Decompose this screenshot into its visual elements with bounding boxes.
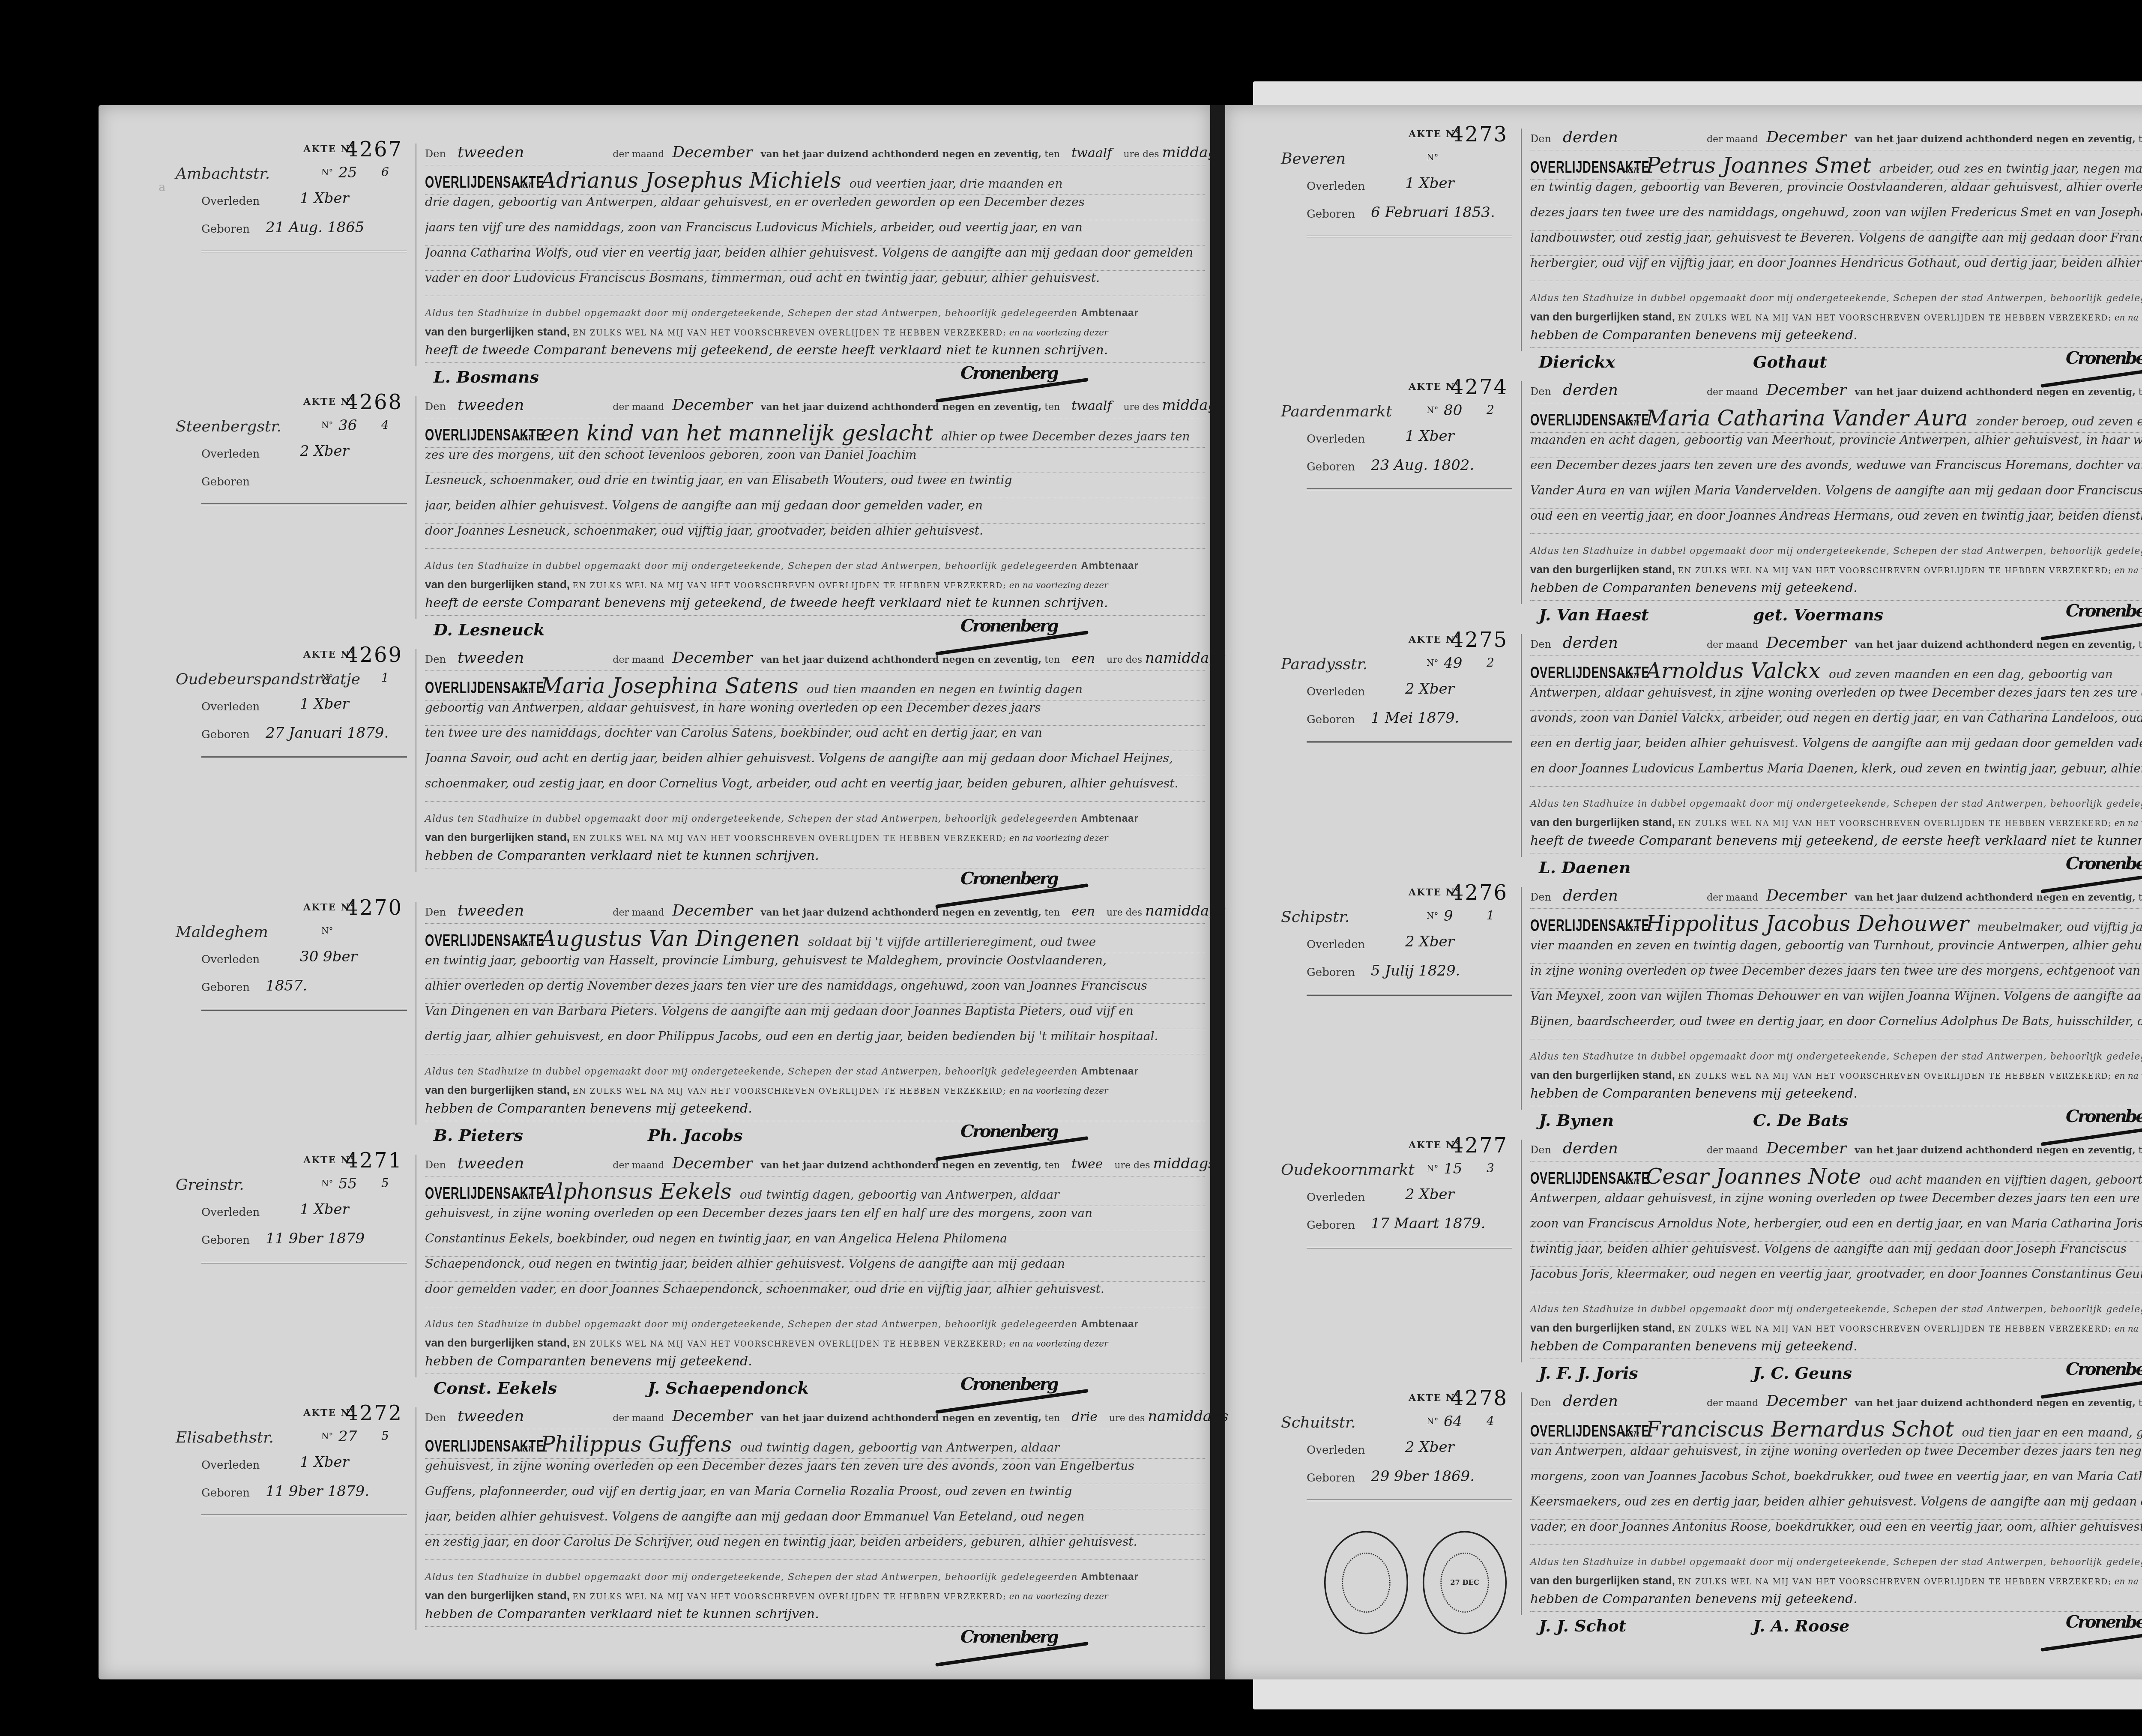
record-margin: AKTE N° 4268 Steenbergstr. N° 36 4 Overl… — [201, 396, 403, 525]
year-phrase: van het jaar duizend achthonderd negen e… — [1855, 386, 2135, 398]
geboren-label: Geboren — [201, 981, 250, 994]
den-label: Den — [425, 1412, 446, 1424]
ten-label: ten — [2139, 387, 2142, 398]
record-title: OVERLIJDENSAKTE — [1530, 1422, 1595, 1441]
body-line: zes ure des morgens, uit den schoot leve… — [425, 448, 1205, 473]
date-line: Den derden der maand December van het ja… — [1530, 634, 2142, 656]
margin-rule — [201, 1262, 407, 1263]
akte-number: 4267 — [345, 138, 403, 162]
signatures: J. J. Schot J. A. Roose Cronenberg — [1530, 1612, 2142, 1646]
date-line: Den derden der maand December van het ja… — [1530, 1392, 2142, 1414]
body-line: Van Dingenen en van Barbara Pieters. Vol… — [425, 1004, 1205, 1029]
geboren-label: Geboren — [201, 728, 250, 741]
death-date: 30 9ber — [300, 948, 357, 965]
month: December — [672, 649, 752, 667]
hour: twaalf — [1071, 146, 1112, 161]
geboren-label: Geboren — [1307, 966, 1355, 979]
body-line: dertig jaar, alhier gehuisvest, en door … — [425, 1029, 1205, 1054]
signatures: J. F. J. Joris J. C. Geuns Cronenberg — [1530, 1359, 2142, 1393]
address: Beveren — [1281, 150, 1346, 168]
voorlezing-text: en na voorlezing dezer — [1009, 580, 1108, 590]
house-number: 36 — [338, 417, 357, 434]
day: tweeden — [458, 902, 524, 919]
closing-statement: hebben de Comparanten benevens mij getee… — [1530, 581, 2142, 601]
day: derden — [1563, 634, 1618, 652]
body-line: oud een en veertig jaar, en door Joannes… — [1530, 509, 2142, 534]
geboren-label: Geboren — [201, 1234, 250, 1247]
body-line: Joanna Savoir, oud acht en dertig jaar, … — [425, 751, 1205, 776]
year-phrase: van het jaar duizend achthonderd negen e… — [761, 907, 1041, 918]
signature-declarant-1: L. Daenen — [1539, 858, 1630, 877]
deceased-name: Adrianus Josephus Michiels — [541, 168, 841, 193]
zulks-text: EN ZULKS WEL NA MIJ VAN HET VOORSCHREVEN… — [1678, 566, 2112, 575]
record-title: OVERLIJDENSAKTE — [425, 932, 490, 950]
age-text: soldaat bij 't vijfde artillerieregiment… — [808, 935, 1096, 949]
record-title: OVERLIJDENSAKTE — [425, 1437, 490, 1456]
closing-statement: heeft de tweede Comparant benevens mij g… — [1530, 833, 2142, 853]
record-body: Den derden der maand December van het ja… — [1521, 887, 2142, 1110]
ten-label: ten — [2139, 892, 2142, 903]
birth-date: 27 Januari 1879. — [266, 724, 389, 742]
body-line: Constantinus Eekels, boekbinder, oud neg… — [425, 1231, 1205, 1257]
signature-official: Cronenberg — [960, 1627, 1057, 1647]
margin-rule — [201, 251, 407, 252]
record-margin: AKTE N° 4270 Maldeghem N° Overleden Gebo… — [201, 902, 403, 1030]
burger-text: van den burgerlijken stand, — [1530, 1321, 1675, 1334]
zulks-text: EN ZULKS WEL NA MIJ VAN HET VOORSCHREVEN… — [572, 834, 1006, 843]
body-line: gehuisvest, in zijne woning overleden op… — [425, 1459, 1205, 1484]
name-line: OVERLIJDENSAKTE van Cesar Joannes Note o… — [1530, 1164, 2142, 1191]
year-phrase: van het jaar duizend achthonderd negen e… — [1855, 1398, 2135, 1409]
month: December — [1766, 1392, 1846, 1410]
zulks-text: EN ZULKS WEL NA MIJ VAN HET VOORSCHREVEN… — [572, 581, 1006, 590]
voorlezing-text: en na voorlezing dezer — [1009, 1338, 1108, 1349]
record-body: Den derden der maand December van het ja… — [1521, 1140, 2142, 1362]
birth-date: 1857. — [266, 977, 307, 994]
date-line: Den derden der maand December van het ja… — [1530, 887, 2142, 909]
body-line: Antwerpen, aldaar gehuisvest, in zijne w… — [1530, 685, 2142, 711]
akte-number: 4271 — [345, 1149, 403, 1173]
burger-text: van den burgerlijken stand, — [425, 831, 570, 844]
signature-official: Cronenberg — [960, 1121, 1057, 1141]
overleden-label: Overleden — [201, 1206, 260, 1219]
margin-rule — [201, 1515, 407, 1516]
closing-statement: hebben de Comparanten benevens mij getee… — [1530, 328, 2142, 348]
deceased-name: Augustus Van Dingenen — [541, 926, 800, 951]
record-body: Den derden der maand December van het ja… — [1521, 381, 2142, 604]
den-label: Den — [425, 906, 446, 918]
margin-rule — [201, 756, 407, 758]
body-line: vier maanden en zeven en twintig dagen, … — [1530, 938, 2142, 964]
der-maand-label: der maand — [1707, 640, 1758, 650]
overleden-label: Overleden — [1307, 1444, 1365, 1457]
date-line: Den derden der maand December van het ja… — [1530, 129, 2142, 150]
burger-text: van den burgerlijken stand, — [1530, 563, 1675, 576]
akte-number: 4269 — [345, 643, 403, 667]
signature-official: Cronenberg — [2066, 853, 2142, 874]
record-title: OVERLIJDENSAKTE — [425, 174, 490, 192]
body-line: in zijne woning overleden op twee Decemb… — [1530, 964, 2142, 989]
section: 5 — [381, 1176, 389, 1190]
house-number: 15 — [1444, 1160, 1462, 1177]
day: tweeden — [458, 144, 524, 161]
burger-text: van den burgerlijken stand, — [425, 578, 570, 591]
burger-line: van den burgerlijken stand, EN ZULKS WEL… — [1530, 563, 2142, 576]
margin-rule — [1307, 741, 1512, 743]
body-line: Joanna Catharina Wolfs, oud vier en veer… — [425, 245, 1205, 271]
closing-statement: hebben de Comparanten benevens mij getee… — [425, 1354, 1205, 1374]
age-text: oud veertien jaar, drie maanden en — [850, 177, 1063, 191]
zulks-text: EN ZULKS WEL NA MIJ VAN HET VOORSCHREVEN… — [1678, 1577, 2112, 1586]
address: Oudekoornmarkt — [1281, 1161, 1415, 1179]
body-lines: Antwerpen, aldaar gehuisvest, in zijne w… — [1530, 685, 2142, 787]
section: 2 — [1487, 655, 1494, 670]
den-label: Den — [425, 401, 446, 413]
der-maand-label: der maand — [1707, 1398, 1758, 1409]
overleden-label: Overleden — [201, 953, 260, 966]
record-title: OVERLIJDENSAKTE — [1530, 664, 1595, 682]
signature-declarant-2: J. Schaependonck — [648, 1378, 809, 1398]
signatures: Dierickx Gothaut Cronenberg — [1530, 348, 2142, 382]
ure-des-label: ure des — [1123, 402, 1159, 413]
birth-date: 1 Mei 1879. — [1371, 709, 1459, 727]
address: Schipstr. — [1281, 908, 1349, 926]
body-line: avonds, zoon van Daniel Valckx, arbeider… — [1530, 711, 2142, 736]
house-number: 80 — [1444, 402, 1462, 419]
margin-rule — [1307, 236, 1512, 237]
name-line: OVERLIJDENSAKTE van Franciscus Bernardus… — [1530, 1417, 2142, 1444]
name-line: OVERLIJDENSAKTE van Alphonsus Eekels oud… — [425, 1179, 1205, 1206]
nr-label: N° — [321, 673, 333, 683]
birth-date: 29 9ber 1869. — [1371, 1468, 1475, 1485]
ten-label: ten — [2139, 640, 2142, 650]
body-lines: drie dagen, geboortig van Antwerpen, ald… — [425, 195, 1205, 296]
death-date: 2 Xber — [1405, 1439, 1454, 1456]
closing-statement: heeft de tweede Comparant benevens mij g… — [425, 343, 1205, 363]
day: derden — [1563, 129, 1618, 146]
akte-number: 4273 — [1451, 123, 1508, 147]
address: Elisabethstr. — [176, 1429, 274, 1446]
address: Ambachtstr. — [176, 165, 270, 183]
voorlezing-text: en na voorlezing dezer — [2115, 1576, 2142, 1586]
der-maand-label: der maand — [1707, 892, 1758, 903]
closing-statement: hebben de Comparanten benevens mij getee… — [1530, 1339, 2142, 1359]
burger-line: van den burgerlijken stand, EN ZULKS WEL… — [425, 325, 1205, 338]
geboren-label: Geboren — [1307, 208, 1355, 221]
nr-label: N° — [321, 925, 333, 936]
month: December — [672, 396, 752, 414]
body-line: van Antwerpen, aldaar gehuisvest, in zij… — [1530, 1444, 2142, 1469]
aldus-line: Aldus ten Stadhuize in dubbel opgemaakt … — [425, 307, 1205, 319]
body-line: alhier overleden op dertig November deze… — [425, 979, 1205, 1004]
signatures: L. Bosmans Cronenberg — [425, 363, 1205, 397]
nr-label: N° — [1427, 1416, 1439, 1426]
der-maand-label: der maand — [613, 1413, 664, 1424]
age-text: oud acht maanden en vijftien dagen, gebo… — [1869, 1173, 2142, 1187]
akte-number: 4277 — [1451, 1134, 1508, 1158]
den-label: Den — [425, 653, 446, 665]
name-line: OVERLIJDENSAKTE van Arnoldus Valckx oud … — [1530, 658, 2142, 685]
death-date: 2 Xber — [1405, 1186, 1454, 1203]
date-line: Den tweeden der maand December van het j… — [425, 902, 1205, 924]
der-maand-label: der maand — [613, 402, 664, 413]
record-margin: AKTE N° 4276 Schipstr. N° 9 1 Overleden … — [1307, 887, 1508, 1015]
nr-label: N° — [1427, 1163, 1439, 1173]
closing-statement: hebben de Comparanten benevens mij getee… — [1530, 1592, 2142, 1612]
aldus-line: Aldus ten Stadhuize in dubbel opgemaakt … — [425, 1318, 1205, 1330]
ambtenaar-text: Ambtenaar — [1081, 1318, 1138, 1330]
ten-label: ten — [1044, 149, 1060, 160]
aldus-line: Aldus ten Stadhuize in dubbel opgemaakt … — [1530, 1556, 2142, 1568]
signature-official: Cronenberg — [960, 616, 1057, 636]
signature-declarant-1: Const. Eekels — [434, 1378, 557, 1398]
record-body: Den tweeden der maand December van het j… — [416, 144, 1205, 366]
akte-number: 4276 — [1451, 881, 1508, 905]
body-line: Schaependonck, oud negen en twintig jaar… — [425, 1257, 1205, 1282]
zulks-text: EN ZULKS WEL NA MIJ VAN HET VOORSCHREVEN… — [572, 1087, 1006, 1096]
voorlezing-text: en na voorlezing dezer — [1009, 833, 1108, 843]
der-maand-label: der maand — [1707, 1145, 1758, 1156]
address: Steenbergstr. — [176, 418, 281, 435]
signatures: L. Daenen Cronenberg — [1530, 853, 2142, 888]
hour: twaalf — [1071, 398, 1112, 413]
signature-declarant-2: Gothaut — [1753, 352, 1827, 371]
burger-line: van den burgerlijken stand, EN ZULKS WEL… — [1530, 816, 2142, 829]
body-line: Lesneuck, schoenmaker, oud drie en twint… — [425, 473, 1205, 498]
burger-line: van den burgerlijken stand, EN ZULKS WEL… — [425, 578, 1205, 591]
name-line: OVERLIJDENSAKTE van Hippolitus Jacobus D… — [1530, 911, 2142, 938]
nr-label: N° — [1427, 152, 1439, 162]
ambtenaar-text: Ambtenaar — [1081, 560, 1138, 572]
aldus-line: Aldus ten Stadhuize in dubbel opgemaakt … — [425, 560, 1205, 572]
ure-des-label: ure des — [1107, 907, 1142, 918]
hour: drie — [1071, 1410, 1098, 1425]
section: 1 — [1487, 908, 1494, 922]
age-text: oud twintig dagen, geboortig van Antwerp… — [740, 1440, 1060, 1455]
birth-date: 6 Februari 1853. — [1371, 204, 1495, 221]
signature-declarant-2: J. A. Roose — [1753, 1616, 1849, 1635]
house-number: 9 — [1444, 907, 1453, 925]
birth-date: 17 Maart 1879. — [1371, 1215, 1485, 1232]
section: 6 — [381, 165, 389, 179]
body-line: en zestig jaar, en door Carolus De Schri… — [425, 1535, 1205, 1560]
body-lines: zes ure des morgens, uit den schoot leve… — [425, 448, 1205, 549]
body-line: door gemelden vader, en door Joannes Sch… — [425, 1282, 1205, 1307]
age-text: meubelmaker, oud vijftig jaar, — [1977, 920, 2142, 934]
aldus-line: Aldus ten Stadhuize in dubbel opgemaakt … — [1530, 292, 2142, 304]
margin-rule — [1307, 1247, 1512, 1248]
overleden-label: Overleden — [201, 448, 260, 461]
body-line: jaar, beiden alhier gehuisvest. Volgens … — [425, 498, 1205, 524]
month: December — [1766, 634, 1846, 652]
den-label: Den — [1530, 1397, 1551, 1409]
signature-declarant-1: J. J. Schot — [1539, 1616, 1626, 1635]
voorlezing-text: en na voorlezing dezer — [1009, 1086, 1108, 1096]
nr-label: N° — [321, 420, 333, 430]
aldus-text: Aldus ten Stadhuize in dubbel opgemaakt … — [1530, 293, 2142, 304]
ure-des-label: ure des — [1123, 149, 1159, 160]
den-label: Den — [1530, 386, 1551, 398]
body-line: ten twee ure des namiddags, dochter van … — [425, 726, 1205, 751]
age-text: zonder beroep, oud zeven en zeventig jaa… — [1976, 414, 2142, 428]
body-line: geboortig van Antwerpen, aldaar gehuisve… — [425, 700, 1205, 726]
year-phrase: van het jaar duizend achthonderd negen e… — [761, 654, 1041, 665]
date-line: Den derden der maand December van het ja… — [1530, 381, 2142, 403]
section: 2 — [1487, 403, 1494, 417]
address: Paradysstr. — [1281, 655, 1367, 673]
corner-mark: a — [159, 180, 166, 194]
body-line: jaar, beiden alhier gehuisvest. Volgens … — [425, 1509, 1205, 1535]
death-date: 1 Xber — [1405, 175, 1454, 192]
house-number: 25 — [338, 164, 357, 181]
date-line: Den tweeden der maand December van het j… — [425, 649, 1205, 671]
burger-line: van den burgerlijken stand, EN ZULKS WEL… — [425, 1336, 1205, 1350]
body-line: Guffens, plafonneerder, oud vijf en dert… — [425, 1484, 1205, 1509]
section: 5 — [381, 1429, 389, 1443]
aldus-text: Aldus ten Stadhuize in dubbel opgemaakt … — [1530, 799, 2142, 809]
margin-rule — [1307, 488, 1512, 490]
ambtenaar-text: Ambtenaar — [1081, 307, 1138, 319]
archive-stamp: 27 DEC — [1423, 1531, 1507, 1634]
ure-des-label: ure des — [1107, 655, 1142, 665]
burger-text: van den burgerlijken stand, — [425, 1589, 570, 1602]
part-of-day: namiddags — [1145, 902, 1226, 919]
geboren-label: Geboren — [1307, 461, 1355, 473]
signature-official: Cronenberg — [2066, 348, 2142, 368]
overleden-label: Overleden — [1307, 685, 1365, 698]
name-line: OVERLIJDENSAKTE van Petrus Joannes Smet … — [1530, 153, 2142, 180]
body-line: twintig jaar, beiden alhier gehuisvest. … — [1530, 1242, 2142, 1267]
birth-date: 11 9ber 1879 — [266, 1230, 365, 1247]
den-label: Den — [425, 1159, 446, 1171]
record-body: Den derden der maand December van het ja… — [1521, 634, 2142, 857]
day: tweeden — [458, 1407, 524, 1425]
record-margin: AKTE N° 4278 Schuitstr. N° 64 4 Overlede… — [1307, 1392, 1508, 1521]
body-line: zoon van Franciscus Arnoldus Note, herbe… — [1530, 1216, 2142, 1242]
body-lines: gehuisvest, in zijne woning overleden op… — [425, 1459, 1205, 1560]
ten-label: ten — [1044, 1413, 1060, 1424]
body-lines: en twintig dagen, geboortig van Beveren,… — [1530, 180, 2142, 281]
voorlezing-text: en na voorlezing dezer — [2115, 818, 2142, 828]
aldus-line: Aldus ten Stadhuize in dubbel opgemaakt … — [1530, 798, 2142, 810]
house-number: 64 — [1444, 1413, 1462, 1430]
record-margin: AKTE N° 4277 Oudekoornmarkt N° 15 3 Over… — [1307, 1140, 1508, 1268]
address: Schuitstr. — [1281, 1414, 1356, 1431]
body-line: en door Joannes Ludovicus Lambertus Mari… — [1530, 761, 2142, 787]
name-line: OVERLIJDENSAKTE van Maria Catharina Vand… — [1530, 406, 2142, 433]
geboren-label: Geboren — [201, 223, 250, 236]
ten-label: ten — [2139, 134, 2142, 145]
signature-official: Cronenberg — [2066, 1612, 2142, 1632]
body-line: Bijnen, baardscheerder, oud twee en dert… — [1530, 1014, 2142, 1039]
der-maand-label: der maand — [1707, 387, 1758, 398]
address: Greinstr. — [176, 1176, 244, 1194]
year-phrase: van het jaar duizend achthonderd negen e… — [761, 1413, 1041, 1424]
day: tweeden — [458, 649, 524, 667]
der-maand-label: der maand — [613, 149, 664, 160]
signature-declarant-1: Dierickx — [1539, 352, 1615, 371]
record-margin: AKTE N° 4274 Paardenmarkt N° 80 2 Overle… — [1307, 381, 1508, 510]
signature-declarant-2: C. De Bats — [1753, 1110, 1848, 1130]
zulks-text: EN ZULKS WEL NA MIJ VAN HET VOORSCHREVEN… — [1678, 1325, 2112, 1334]
ambtenaar-text: Ambtenaar — [1081, 1571, 1138, 1583]
signatures: Cronenberg — [425, 1627, 1205, 1661]
signature-official: Cronenberg — [2066, 1359, 2142, 1379]
body-line: vader, en door Joannes Antonius Roose, b… — [1530, 1520, 2142, 1545]
den-label: Den — [1530, 133, 1551, 145]
body-line: dezes jaars ten twee ure des namiddags, … — [1530, 205, 2142, 230]
body-line: schoenmaker, oud zestig jaar, en door Co… — [425, 776, 1205, 802]
ten-label: ten — [1044, 1160, 1060, 1171]
burger-text: van den burgerlijken stand, — [1530, 816, 1675, 829]
name-line: OVERLIJDENSAKTE van Maria Josephina Sate… — [425, 673, 1205, 700]
zulks-text: EN ZULKS WEL NA MIJ VAN HET VOORSCHREVEN… — [572, 1340, 1006, 1349]
day: derden — [1563, 1392, 1618, 1410]
aldus-text: Aldus ten Stadhuize in dubbel opgemaakt … — [425, 561, 1077, 572]
aldus-text: Aldus ten Stadhuize in dubbel opgemaakt … — [1530, 1051, 2142, 1062]
body-line: Antwerpen, aldaar gehuisvest, in zijne w… — [1530, 1191, 2142, 1216]
burger-line: van den burgerlijken stand, EN ZULKS WEL… — [425, 831, 1205, 844]
record-margin: AKTE N° 4269 Oudebeurspandstraatje N° 1 … — [201, 649, 403, 778]
der-maand-label: der maand — [1707, 134, 1758, 145]
signature-declarant-1: B. Pieters — [434, 1125, 523, 1145]
signature-declarant-1: J. Bynen — [1539, 1110, 1614, 1130]
birth-date: 23 Aug. 1802. — [1371, 457, 1474, 474]
overleden-label: Overleden — [1307, 1191, 1365, 1204]
overleden-label: Overleden — [1307, 938, 1365, 951]
day: tweeden — [458, 1155, 524, 1172]
signature-declarant-1: L. Bosmans — [434, 367, 539, 386]
section: 4 — [381, 418, 389, 432]
day: derden — [1563, 381, 1618, 399]
geboren-label: Geboren — [201, 476, 250, 488]
record-title: OVERLIJDENSAKTE — [1530, 159, 1595, 177]
age-text: oud tien maanden en negen en twintig dag… — [807, 682, 1083, 696]
hour: een — [1071, 904, 1095, 919]
deceased-name: Cesar Joannes Note — [1646, 1164, 1861, 1189]
akte-number: 4270 — [345, 896, 403, 920]
nr-label: N° — [321, 1178, 333, 1188]
signature-declarant-2: get. Voermans — [1753, 605, 1883, 624]
house-number: 49 — [1444, 655, 1462, 672]
nr-label: N° — [321, 167, 333, 177]
body-line: en twintig dagen, geboortig van Beveren,… — [1530, 180, 2142, 205]
body-line: door Joannes Lesneuck, schoenmaker, oud … — [425, 524, 1205, 549]
deceased-name: Alphonsus Eekels — [541, 1179, 732, 1204]
ten-label: ten — [1044, 907, 1060, 918]
book-spine — [1210, 105, 1225, 1679]
signature-declarant-2: J. C. Geuns — [1753, 1363, 1852, 1383]
address: Maldeghem — [176, 923, 268, 941]
zulks-text: EN ZULKS WEL NA MIJ VAN HET VOORSCHREVEN… — [1678, 1072, 2112, 1081]
month: December — [672, 144, 752, 161]
zulks-text: EN ZULKS WEL NA MIJ VAN HET VOORSCHREVEN… — [1678, 314, 2112, 323]
month: December — [1766, 129, 1846, 146]
deceased-name: een kind van het mannelijk geslacht — [541, 421, 933, 446]
birth-date: 21 Aug. 1865 — [266, 219, 364, 236]
aldus-text: Aldus ten Stadhuize in dubbel opgemaakt … — [1530, 1557, 2142, 1568]
signatures: J. Van Haest get. Voermans Cronenberg — [1530, 601, 2142, 635]
voorlezing-text: en na voorlezing dezer — [2115, 1071, 2142, 1081]
record-body: Den tweeden der maand December van het j… — [416, 649, 1205, 872]
aldus-text: Aldus ten Stadhuize in dubbel opgemaakt … — [425, 814, 1077, 824]
den-label: Den — [425, 148, 446, 160]
year-phrase: van het jaar duizend achthonderd negen e… — [1855, 639, 2135, 650]
death-date: 2 Xber — [300, 443, 349, 460]
hour: een — [1071, 651, 1095, 666]
death-date: 1 Xber — [300, 1454, 349, 1471]
age-text: arbeider, oud zes en twintig jaar, negen… — [1879, 162, 2142, 176]
